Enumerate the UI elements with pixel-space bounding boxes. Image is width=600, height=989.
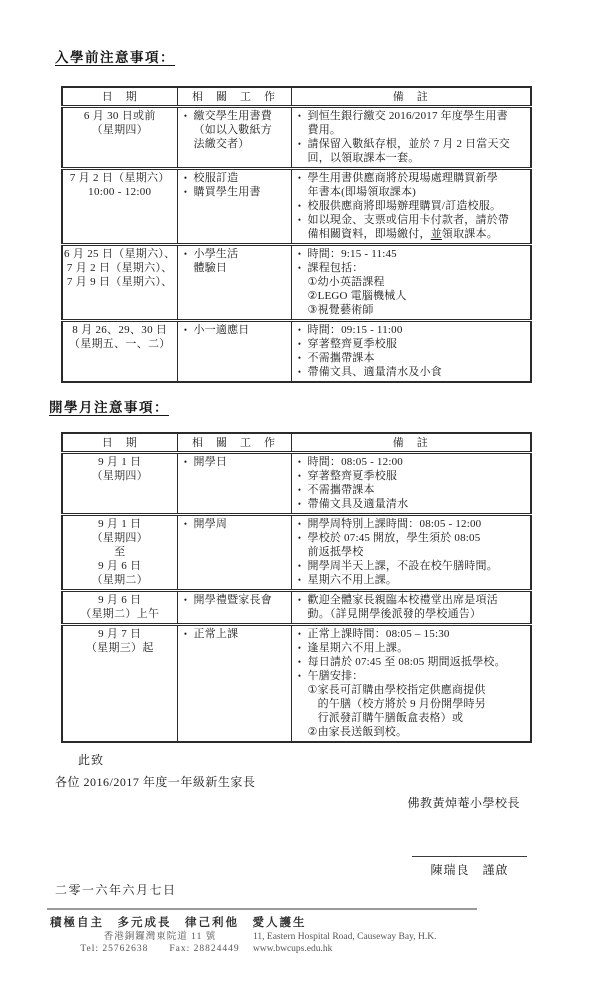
document-date: 二零一六年六月七日 [55, 881, 600, 898]
circled-number-marker: ① [308, 683, 318, 725]
bullet-icon: • [292, 137, 308, 165]
bullet-icon: • [292, 559, 308, 573]
bullet-item: •帶備文具及適量清水 [292, 497, 531, 511]
column-header-date: 日 期 [62, 87, 177, 107]
bullet-item: •到恒生銀行繳交 2016/2017 年度學生用書費用。 [292, 109, 531, 137]
related-work-cell: •正常上課 [177, 625, 291, 743]
bullet-icon: • [178, 627, 194, 641]
date-cell: 6 月 25 日（星期六）、7 月 2 日（星期六）、7 月 9 日（星期六）、 [62, 245, 177, 321]
bullet-item: •校服訂造 [178, 171, 291, 185]
bullet-icon: • [292, 531, 308, 559]
item-text: 如以現金、支票或信用卡付款者，請於帶備相關資料，即場繳付，並領取課本。 [308, 213, 531, 241]
item-text: 不需攜帶課本 [308, 483, 531, 497]
address-chinese: 香港銅鑼灣東院道 11 號 [75, 932, 245, 944]
bullet-item: •時間：08:05 - 12:00 [292, 455, 531, 469]
bullet-item: •每日請於 07:45 至 08:05 期間返抵學校。 [292, 655, 531, 669]
related-work-cell: •小一適應日 [177, 321, 291, 383]
bullet-icon: • [292, 593, 308, 621]
bullet-item: •課程包括： [292, 261, 531, 275]
bullet-icon: • [292, 627, 308, 641]
item-text: 正常上課 [194, 627, 291, 641]
bullet-icon: • [292, 655, 308, 669]
tel-fax: Tel: 25762638 Fax: 28824449 [75, 944, 245, 956]
bullet-icon: • [292, 469, 308, 483]
item-text: 繳交學生用書費（如以入數紙方法繳交者） [194, 109, 291, 151]
circled-number-marker: ② [308, 289, 318, 303]
header-row: 日 期 相 關 工 作 備 註 [62, 433, 531, 453]
bullet-icon: • [292, 213, 308, 241]
numbered-item: ①幼小英語課程 [292, 275, 531, 289]
related-work-cell: •開學日 [177, 453, 291, 515]
item-text: 時間：08:05 - 12:00 [308, 455, 531, 469]
item-text: 購買學生用書 [194, 185, 291, 199]
column-header-remarks: 備 註 [291, 433, 531, 453]
item-text: 帶備文具、適量清水及小食 [308, 365, 531, 379]
signature-line [412, 856, 527, 857]
date-cell: 9 月 1 日（星期四） [62, 453, 177, 515]
bullet-item: •學校於 07:45 開放，學生須於 08:05前返抵學校 [292, 531, 531, 559]
remarks-cell: •時間：9:15 - 11:45•課程包括：①幼小英語課程②LEGO 電腦機械人… [291, 245, 531, 321]
item-text: 正常上課時間：08:05 – 15:30 [308, 627, 531, 641]
bullet-item: •時間：09:15 - 11:00 [292, 323, 531, 337]
bullet-icon: • [178, 109, 194, 151]
table-row: 6 月 30 日或前（星期四）•繳交學生用書費（如以入數紙方法繳交者）•到恒生銀… [62, 107, 531, 169]
bullet-item: •正常上課時間：08:05 – 15:30 [292, 627, 531, 641]
signature-block: 陳瑞良 謹啟 [412, 856, 527, 878]
bullet-item: •不需攜帶課本 [292, 483, 531, 497]
footer-address-chinese-block: 香港銅鑼灣東院道 11 號 Tel: 25762638 Fax: 2882444… [75, 932, 245, 955]
school-month-section-title: 開學月注意事項： [49, 396, 600, 416]
related-work-cell: •開學周 [177, 515, 291, 591]
table-row: 6 月 25 日（星期六）、7 月 2 日（星期六）、7 月 9 日（星期六）、… [62, 245, 531, 321]
item-text: 校服訂造 [194, 171, 291, 185]
bullet-icon: • [292, 573, 308, 587]
bullet-icon: • [292, 497, 308, 511]
item-text: 開學周半天上課，不設在校午膳時間。 [308, 559, 531, 573]
item-text: 小學生活體驗日 [194, 247, 291, 275]
bullet-item: •歡迎全體家長親臨本校禮堂出席是項活動。（詳見開學後派發的學校通告） [292, 593, 531, 621]
table-row: 9 月 7 日（星期三）起•正常上課•正常上課時間：08:05 – 15:30•… [62, 625, 531, 743]
bullet-item: •請保留入數紙存根，並於 7 月 2 日當天交回，以領取課本一套。 [292, 137, 531, 165]
item-text: 學生用書供應商將於現場處理購買新學年書本(即場領取課本) [308, 171, 531, 199]
circled-number-marker: ② [308, 725, 318, 739]
item-text: 到恒生銀行繳交 2016/2017 年度學生用書費用。 [308, 109, 531, 137]
numbered-item: ②由家長送飯到校。 [292, 725, 531, 739]
bullet-icon: • [292, 365, 308, 379]
bullet-item: •小一適應日 [178, 323, 291, 337]
header-row: 日 期 相 關 工 作 備 註 [62, 87, 531, 107]
bullet-item: •開學日 [178, 455, 291, 469]
footer: 積極自主 多元成長 律己利他 愛人護生 香港銅鑼灣東院道 11 號 Tel: 2… [0, 908, 600, 955]
bullet-item: •不需攜帶課本 [292, 351, 531, 365]
column-header-remarks: 備 註 [291, 87, 531, 107]
remarks-cell: •正常上課時間：08:05 – 15:30•逢星期六不用上課。•每日請於 07:… [291, 625, 531, 743]
item-text: 開學日 [194, 455, 291, 469]
bullet-item: •逢星期六不用上課。 [292, 641, 531, 655]
bullet-icon: • [292, 247, 308, 261]
item-text: 不需攜帶課本 [308, 351, 531, 365]
bullet-icon: • [178, 171, 194, 185]
remarks-cell: •學生用書供應商將於現場處理購買新學年書本(即場領取課本)•校服供應商將即場辦理… [291, 169, 531, 245]
item-text: 午膳安排： [308, 669, 531, 683]
footer-divider [47, 908, 477, 910]
closing-recipient: 各位 2016/2017 年度一年級新生家長 [55, 773, 600, 790]
related-work-cell: •繳交學生用書費（如以入數紙方法繳交者） [177, 107, 291, 169]
item-text: 開學周 [194, 517, 291, 531]
table-row: 7 月 2 日（星期六）10:00 - 12:00•校服訂造•購買學生用書•學生… [62, 169, 531, 245]
table-row: 9 月 1 日（星期四）至9 月 6 日（星期二）•開學周•開學周特別上課時間：… [62, 515, 531, 591]
item-text: 星期六不用上課。 [308, 573, 531, 587]
bullet-icon: • [178, 247, 194, 275]
date-cell: 8 月 26、29、30 日（星期五、一、二） [62, 321, 177, 383]
bullet-item: •開學周特別上課時間：08:05 - 12:00 [292, 517, 531, 531]
item-text: 穿著整齊夏季校服 [308, 337, 531, 351]
item-text: 時間：09:15 - 11:00 [308, 323, 531, 337]
closing-salute: 此致 [78, 751, 600, 768]
bullet-item: •時間：9:15 - 11:45 [292, 247, 531, 261]
bullet-icon: • [292, 641, 308, 655]
date-cell: 9 月 7 日（星期三）起 [62, 625, 177, 743]
bullet-item: •繳交學生用書費（如以入數紙方法繳交者） [178, 109, 291, 151]
date-cell: 9 月 1 日（星期四）至9 月 6 日（星期二） [62, 515, 177, 591]
bullet-item: •帶備文具、適量清水及小食 [292, 365, 531, 379]
item-text: 家長可訂購由學校指定供應商提供的午膳（校方將於 9 月份開學時另行派發訂購午膳飯… [318, 683, 530, 725]
bullet-icon: • [178, 455, 194, 469]
related-work-cell: •小學生活體驗日 [177, 245, 291, 321]
bullet-icon: • [292, 669, 308, 683]
item-text: 校服供應商將即場辦理購買/訂造校服。 [308, 199, 531, 213]
table-row: 9 月 6 日（星期二）上午•開學禮暨家長會•歡迎全體家長親臨本校禮堂出席是項活… [62, 591, 531, 625]
remarks-cell: •時間：08:05 - 12:00•穿著整齊夏季校服•不需攜帶課本•帶備文具及適… [291, 453, 531, 515]
date-cell: 7 月 2 日（星期六）10:00 - 12:00 [62, 169, 177, 245]
bullet-icon: • [178, 517, 194, 531]
item-text: 課程包括： [308, 261, 531, 275]
principal-title: 佛教黃焯菴小學校長 [0, 794, 520, 811]
remarks-cell: •到恒生銀行繳交 2016/2017 年度學生用書費用。•請保留入數紙存根，並於… [291, 107, 531, 169]
bullet-item: •學生用書供應商將於現場處理購買新學年書本(即場領取課本) [292, 171, 531, 199]
date-cell: 6 月 30 日或前（星期四） [62, 107, 177, 169]
school-month-table: 日 期 相 關 工 作 備 註 9 月 1 日（星期四）•開學日•時間：08:0… [61, 432, 532, 743]
related-work-cell: •校服訂造•購買學生用書 [177, 169, 291, 245]
remarks-cell: •開學周特別上課時間：08:05 - 12:00•學校於 07:45 開放，學生… [291, 515, 531, 591]
column-header-related-work: 相 關 工 作 [177, 433, 291, 453]
item-text: 由家長送飯到校。 [318, 725, 530, 739]
date-cell: 9 月 6 日（星期二）上午 [62, 591, 177, 625]
related-work-cell: •開學禮暨家長會 [177, 591, 291, 625]
remarks-cell: •歡迎全體家長親臨本校禮堂出席是項活動。（詳見開學後派發的學校通告） [291, 591, 531, 625]
bullet-item: •小學生活體驗日 [178, 247, 291, 275]
circled-number-marker: ③ [308, 303, 318, 317]
numbered-item: ②LEGO 電腦機械人 [292, 289, 531, 303]
bullet-item: •午膳安排： [292, 669, 531, 683]
numbered-item: ①家長可訂購由學校指定供應商提供的午膳（校方將於 9 月份開學時另行派發訂購午膳… [292, 683, 531, 725]
bullet-item: •如以現金、支票或信用卡付款者，請於帶備相關資料，即場繳付，並領取課本。 [292, 213, 531, 241]
item-text: 開學周特別上課時間：08:05 - 12:00 [308, 517, 531, 531]
website-url: www.bwcups.edu.hk [253, 944, 436, 956]
bullet-item: •開學周 [178, 517, 291, 531]
footer-address-english-block: 11, Eastern Hospital Road, Causeway Bay,… [253, 932, 436, 955]
bullet-icon: • [178, 185, 194, 199]
bullet-item: •購買學生用書 [178, 185, 291, 199]
numbered-item: ③視覺藝術師 [292, 303, 531, 317]
item-text: 逢星期六不用上課。 [308, 641, 531, 655]
table-row: 8 月 26、29、30 日（星期五、一、二）•小一適應日•時間：09:15 -… [62, 321, 531, 383]
item-text: 每日請於 07:45 至 08:05 期間返抵學校。 [308, 655, 531, 669]
bullet-icon: • [292, 337, 308, 351]
bullet-icon: • [292, 455, 308, 469]
bullet-item: •校服供應商將即場辦理購買/訂造校服。 [292, 199, 531, 213]
table-row: 9 月 1 日（星期四）•開學日•時間：08:05 - 12:00•穿著整齊夏季… [62, 453, 531, 515]
bullet-icon: • [178, 323, 194, 337]
item-text: 帶備文具及適量清水 [308, 497, 531, 511]
bullet-icon: • [292, 261, 308, 275]
bullet-icon: • [292, 483, 308, 497]
bullet-icon: • [292, 171, 308, 199]
bullet-item: •正常上課 [178, 627, 291, 641]
address-english: 11, Eastern Hospital Road, Causeway Bay,… [253, 932, 436, 944]
item-text: 幼小英語課程 [318, 275, 530, 289]
pre-admission-table: 日 期 相 關 工 作 備 註 6 月 30 日或前（星期四）•繳交學生用書費（… [61, 86, 532, 383]
circled-number-marker: ① [308, 275, 318, 289]
bullet-item: •穿著整齊夏季校服 [292, 469, 531, 483]
item-text: 學校於 07:45 開放，學生須於 08:05前返抵學校 [308, 531, 531, 559]
signer-name: 陳瑞良 謹啟 [412, 861, 527, 878]
bullet-icon: • [292, 109, 308, 137]
column-header-related-work: 相 關 工 作 [177, 87, 291, 107]
bullet-icon: • [292, 199, 308, 213]
bullet-item: •開學禮暨家長會 [178, 593, 291, 607]
item-text: 視覺藝術師 [318, 303, 530, 317]
item-text: 開學禮暨家長會 [194, 593, 291, 607]
bullet-item: •開學周半天上課，不設在校午膳時間。 [292, 559, 531, 573]
item-text: 小一適應日 [194, 323, 291, 337]
item-text: 請保留入數紙存根，並於 7 月 2 日當天交回，以領取課本一套。 [308, 137, 531, 165]
bullet-item: •星期六不用上課。 [292, 573, 531, 587]
bullet-item: •穿著整齊夏季校服 [292, 337, 531, 351]
bullet-icon: • [292, 351, 308, 365]
column-header-date: 日 期 [62, 433, 177, 453]
remarks-cell: •時間：09:15 - 11:00•穿著整齊夏季校服•不需攜帶課本•帶備文具、適… [291, 321, 531, 383]
item-text: 歡迎全體家長親臨本校禮堂出席是項活動。（詳見開學後派發的學校通告） [308, 593, 531, 621]
item-text: 穿著整齊夏季校服 [308, 469, 531, 483]
bullet-icon: • [292, 517, 308, 531]
item-text: 時間：9:15 - 11:45 [308, 247, 531, 261]
bullet-icon: • [292, 323, 308, 337]
bullet-icon: • [178, 593, 194, 607]
footer-address-row: 香港銅鑼灣東院道 11 號 Tel: 25762638 Fax: 2882444… [0, 932, 600, 955]
school-motto: 積極自主 多元成長 律己利他 愛人護生 [50, 914, 600, 930]
pre-admission-section-title: 入學前注意事項： [55, 46, 600, 66]
item-text: LEGO 電腦機械人 [318, 289, 530, 303]
